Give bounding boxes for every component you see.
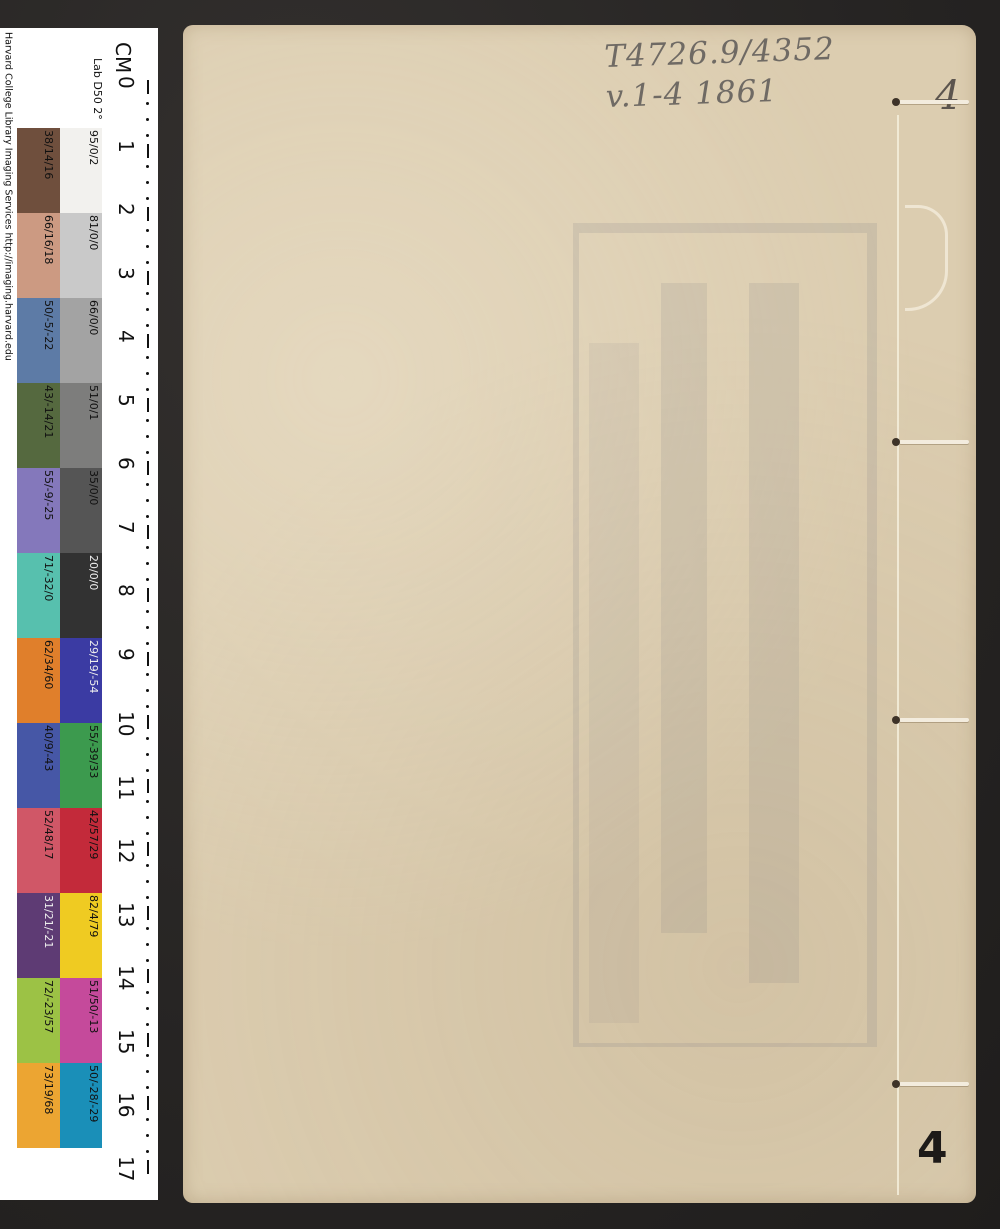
ruler-number: 13 [110, 902, 136, 927]
color-patch: 29/19/-54 [60, 638, 102, 723]
color-patch: 51/50/-13 [60, 978, 102, 1063]
binding-stitch [899, 440, 969, 444]
volume-mark-bottom: 4 [917, 1123, 948, 1174]
ruler-minor-tick [146, 308, 149, 311]
ruler-minor-tick [146, 943, 149, 946]
ruler-minor-tick [146, 896, 149, 899]
ruler-minor-tick [146, 578, 149, 581]
color-patch: 72/-23/57 [17, 978, 60, 1063]
patch-lab-value: 40/9/-43 [43, 725, 54, 771]
patch-lab-value: 51/50/-13 [88, 980, 99, 1033]
ruler-number: 8 [110, 584, 136, 597]
color-patch: 42/57/29 [60, 808, 102, 893]
color-patch: 66/0/0 [60, 298, 102, 383]
ruler-minor-tick [146, 181, 149, 184]
patch-lab-value: 31/21/-21 [43, 895, 54, 948]
patch-lab-value: 29/19/-54 [88, 640, 99, 693]
lab-illuminant-label: Lab D50 2° [92, 58, 103, 120]
call-number-line-1: T4726.9/4352 [604, 29, 836, 77]
color-patch: 35/0/0 [60, 468, 102, 553]
ruler-number: 9 [110, 648, 136, 661]
ruler-number: 10 [110, 711, 136, 736]
ruler-minor-tick [146, 1070, 149, 1073]
color-patch: 73/19/68 [17, 1063, 60, 1148]
ruler-minor-tick [146, 880, 149, 883]
ruler-minor-tick [146, 451, 149, 454]
ruler-number: 4 [110, 330, 136, 343]
ruler-number: 2 [110, 203, 136, 216]
ruler-minor-tick [146, 197, 149, 200]
ruler-minor-tick [146, 800, 149, 803]
ruler-minor-tick [146, 959, 149, 962]
ruler-minor-tick [146, 991, 149, 994]
ruler-minor-tick [146, 435, 149, 438]
ruler-minor-tick [146, 1150, 149, 1153]
color-patch: 55/-39/33 [60, 723, 102, 808]
ruler-major-tick [147, 1096, 149, 1110]
ruler-major-tick [147, 1033, 149, 1047]
call-number: T4726.9/4352 v.1-4 1861 [604, 29, 837, 117]
ruler-minor-tick [146, 261, 149, 264]
ruler-minor-tick [146, 562, 149, 565]
ruler-minor-tick [146, 864, 149, 867]
ruler-major-tick [147, 334, 149, 348]
binding-stitch [899, 1082, 969, 1086]
ruler-minor-tick [146, 737, 149, 740]
stitch-hole [892, 716, 900, 724]
ruler-minor-tick [146, 118, 149, 121]
ruler-number: 14 [110, 965, 136, 990]
color-patch: 82/4/79 [60, 893, 102, 978]
ruler-minor-tick [146, 1054, 149, 1057]
ruler-major-tick [147, 1160, 149, 1174]
patch-lab-value: 73/19/68 [43, 1065, 54, 1114]
ruler-major-tick [147, 842, 149, 856]
color-patch: 38/14/16 [17, 128, 60, 213]
color-patch: 50/-28/-29 [60, 1063, 102, 1148]
binding-stitch [899, 718, 969, 722]
color-patch: 81/0/0 [60, 213, 102, 298]
binding-thread-loop [905, 205, 948, 311]
ruler-minor-tick [146, 1134, 149, 1137]
ruler-major-tick [147, 461, 149, 475]
ruler-minor-tick [146, 165, 149, 168]
color-patch: 51/0/1 [60, 383, 102, 468]
patch-lab-value: 62/34/60 [43, 640, 54, 689]
ruler-minor-tick [146, 689, 149, 692]
ruler-minor-tick [146, 1086, 149, 1089]
ruler-number: 12 [110, 838, 136, 863]
binding-stitch [899, 100, 969, 104]
color-patch: 55/-9/-25 [17, 468, 60, 553]
patch-lab-value: 71/-32/0 [43, 555, 54, 601]
ruler-minor-tick [146, 816, 149, 819]
ruler-major-tick [147, 588, 149, 602]
color-patch: 52/48/17 [17, 808, 60, 893]
ruler-minor-tick [146, 292, 149, 295]
ruler-minor-tick [146, 324, 149, 327]
ruler-major-tick [147, 715, 149, 729]
ruler-minor-tick [146, 499, 149, 502]
ruler-minor-tick [146, 356, 149, 359]
ruler-minor-tick [146, 769, 149, 772]
call-number-line-2: v.1-4 1861 [605, 69, 837, 117]
ruler-minor-tick [146, 372, 149, 375]
patch-lab-value: 52/48/17 [43, 810, 54, 859]
color-patch: 62/34/60 [17, 638, 60, 723]
ruler-major-tick [147, 398, 149, 412]
ruler-major-tick [147, 144, 149, 158]
ruler-number: 16 [110, 1092, 136, 1117]
ruler-minor-tick [146, 705, 149, 708]
color-patch: 31/21/-21 [17, 893, 60, 978]
color-patch: 95/0/2 [60, 128, 102, 213]
ruler-number: 17 [110, 1156, 136, 1181]
ruler-minor-tick [146, 626, 149, 629]
ruler-minor-tick [146, 1118, 149, 1121]
ruler-number: 5 [110, 394, 136, 407]
color-patch: 40/9/-43 [17, 723, 60, 808]
patch-lab-value: 66/16/18 [43, 215, 54, 264]
patch-lab-value: 51/0/1 [88, 385, 99, 420]
ruler-number: 0 [110, 76, 136, 89]
ruler-number: 11 [110, 775, 136, 800]
ruler-number: 3 [110, 267, 136, 280]
color-patch: 43/-14/21 [17, 383, 60, 468]
patch-lab-value: 35/0/0 [88, 470, 99, 505]
ruler-minor-tick [146, 134, 149, 137]
ruler-major-tick [147, 779, 149, 793]
color-patch: 20/0/0 [60, 553, 102, 638]
target-credit: Harvard College Library Imaging Services… [3, 32, 13, 361]
ruler-minor-tick [146, 546, 149, 549]
ruler-unit-label: CM [113, 42, 133, 73]
ruler-minor-tick [146, 610, 149, 613]
ruler-minor-tick [146, 515, 149, 518]
color-patch: 50/-5/-22 [17, 298, 60, 383]
ruler-major-tick [147, 969, 149, 983]
ruler-minor-tick [146, 832, 149, 835]
stitch-hole [892, 1080, 900, 1088]
patch-lab-value: 38/14/16 [43, 130, 54, 179]
ruler-minor-tick [146, 673, 149, 676]
binding-thread-vertical [897, 115, 899, 1195]
ruler-number: 7 [110, 521, 136, 534]
color-patch: 71/-32/0 [17, 553, 60, 638]
stitch-hole [892, 98, 900, 106]
patch-lab-value: 42/57/29 [88, 810, 99, 859]
ruler-major-tick [147, 271, 149, 285]
ruler-minor-tick [146, 419, 149, 422]
ruler-minor-tick [146, 1007, 149, 1010]
patch-lab-value: 50/-28/-29 [88, 1065, 99, 1122]
ruler-major-tick [147, 525, 149, 539]
book-cover: T4726.9/4352 v.1-4 1861 4 4 [183, 25, 976, 1203]
ruler-number: 6 [110, 457, 136, 470]
color-calibration-target: Harvard College Library Imaging Services… [0, 28, 158, 1200]
ruler-minor-tick [146, 102, 149, 105]
patch-lab-value: 50/-5/-22 [43, 300, 54, 350]
ruler-minor-tick [146, 229, 149, 232]
ruler-number: 1 [110, 140, 136, 153]
patch-lab-value: 43/-14/21 [43, 385, 54, 438]
stitch-hole [892, 438, 900, 446]
patch-lab-value: 72/-23/57 [43, 980, 54, 1033]
patch-lab-value: 55/-9/-25 [43, 470, 54, 520]
ruler-minor-tick [146, 1023, 149, 1026]
ruler-major-tick [147, 207, 149, 221]
color-patch: 66/16/18 [17, 213, 60, 298]
ruler-minor-tick [146, 483, 149, 486]
ruler-minor-tick [146, 245, 149, 248]
volume-mark-top: 4 [935, 73, 960, 119]
patch-lab-value: 66/0/0 [88, 300, 99, 335]
patch-lab-value: 55/-39/33 [88, 725, 99, 778]
ruler-minor-tick [146, 388, 149, 391]
ruler-number: 15 [110, 1029, 136, 1054]
ruler-minor-tick [146, 927, 149, 930]
ruler-major-tick [147, 652, 149, 666]
ruler-minor-tick [146, 642, 149, 645]
patch-lab-value: 81/0/0 [88, 215, 99, 250]
bleed-through-text-block [573, 223, 877, 1047]
ruler-major-tick [147, 906, 149, 920]
ruler-minor-tick [146, 753, 149, 756]
patch-lab-value: 20/0/0 [88, 555, 99, 590]
patch-lab-value: 82/4/79 [88, 895, 99, 937]
ruler-major-tick [147, 80, 149, 94]
patch-lab-value: 95/0/2 [88, 130, 99, 165]
